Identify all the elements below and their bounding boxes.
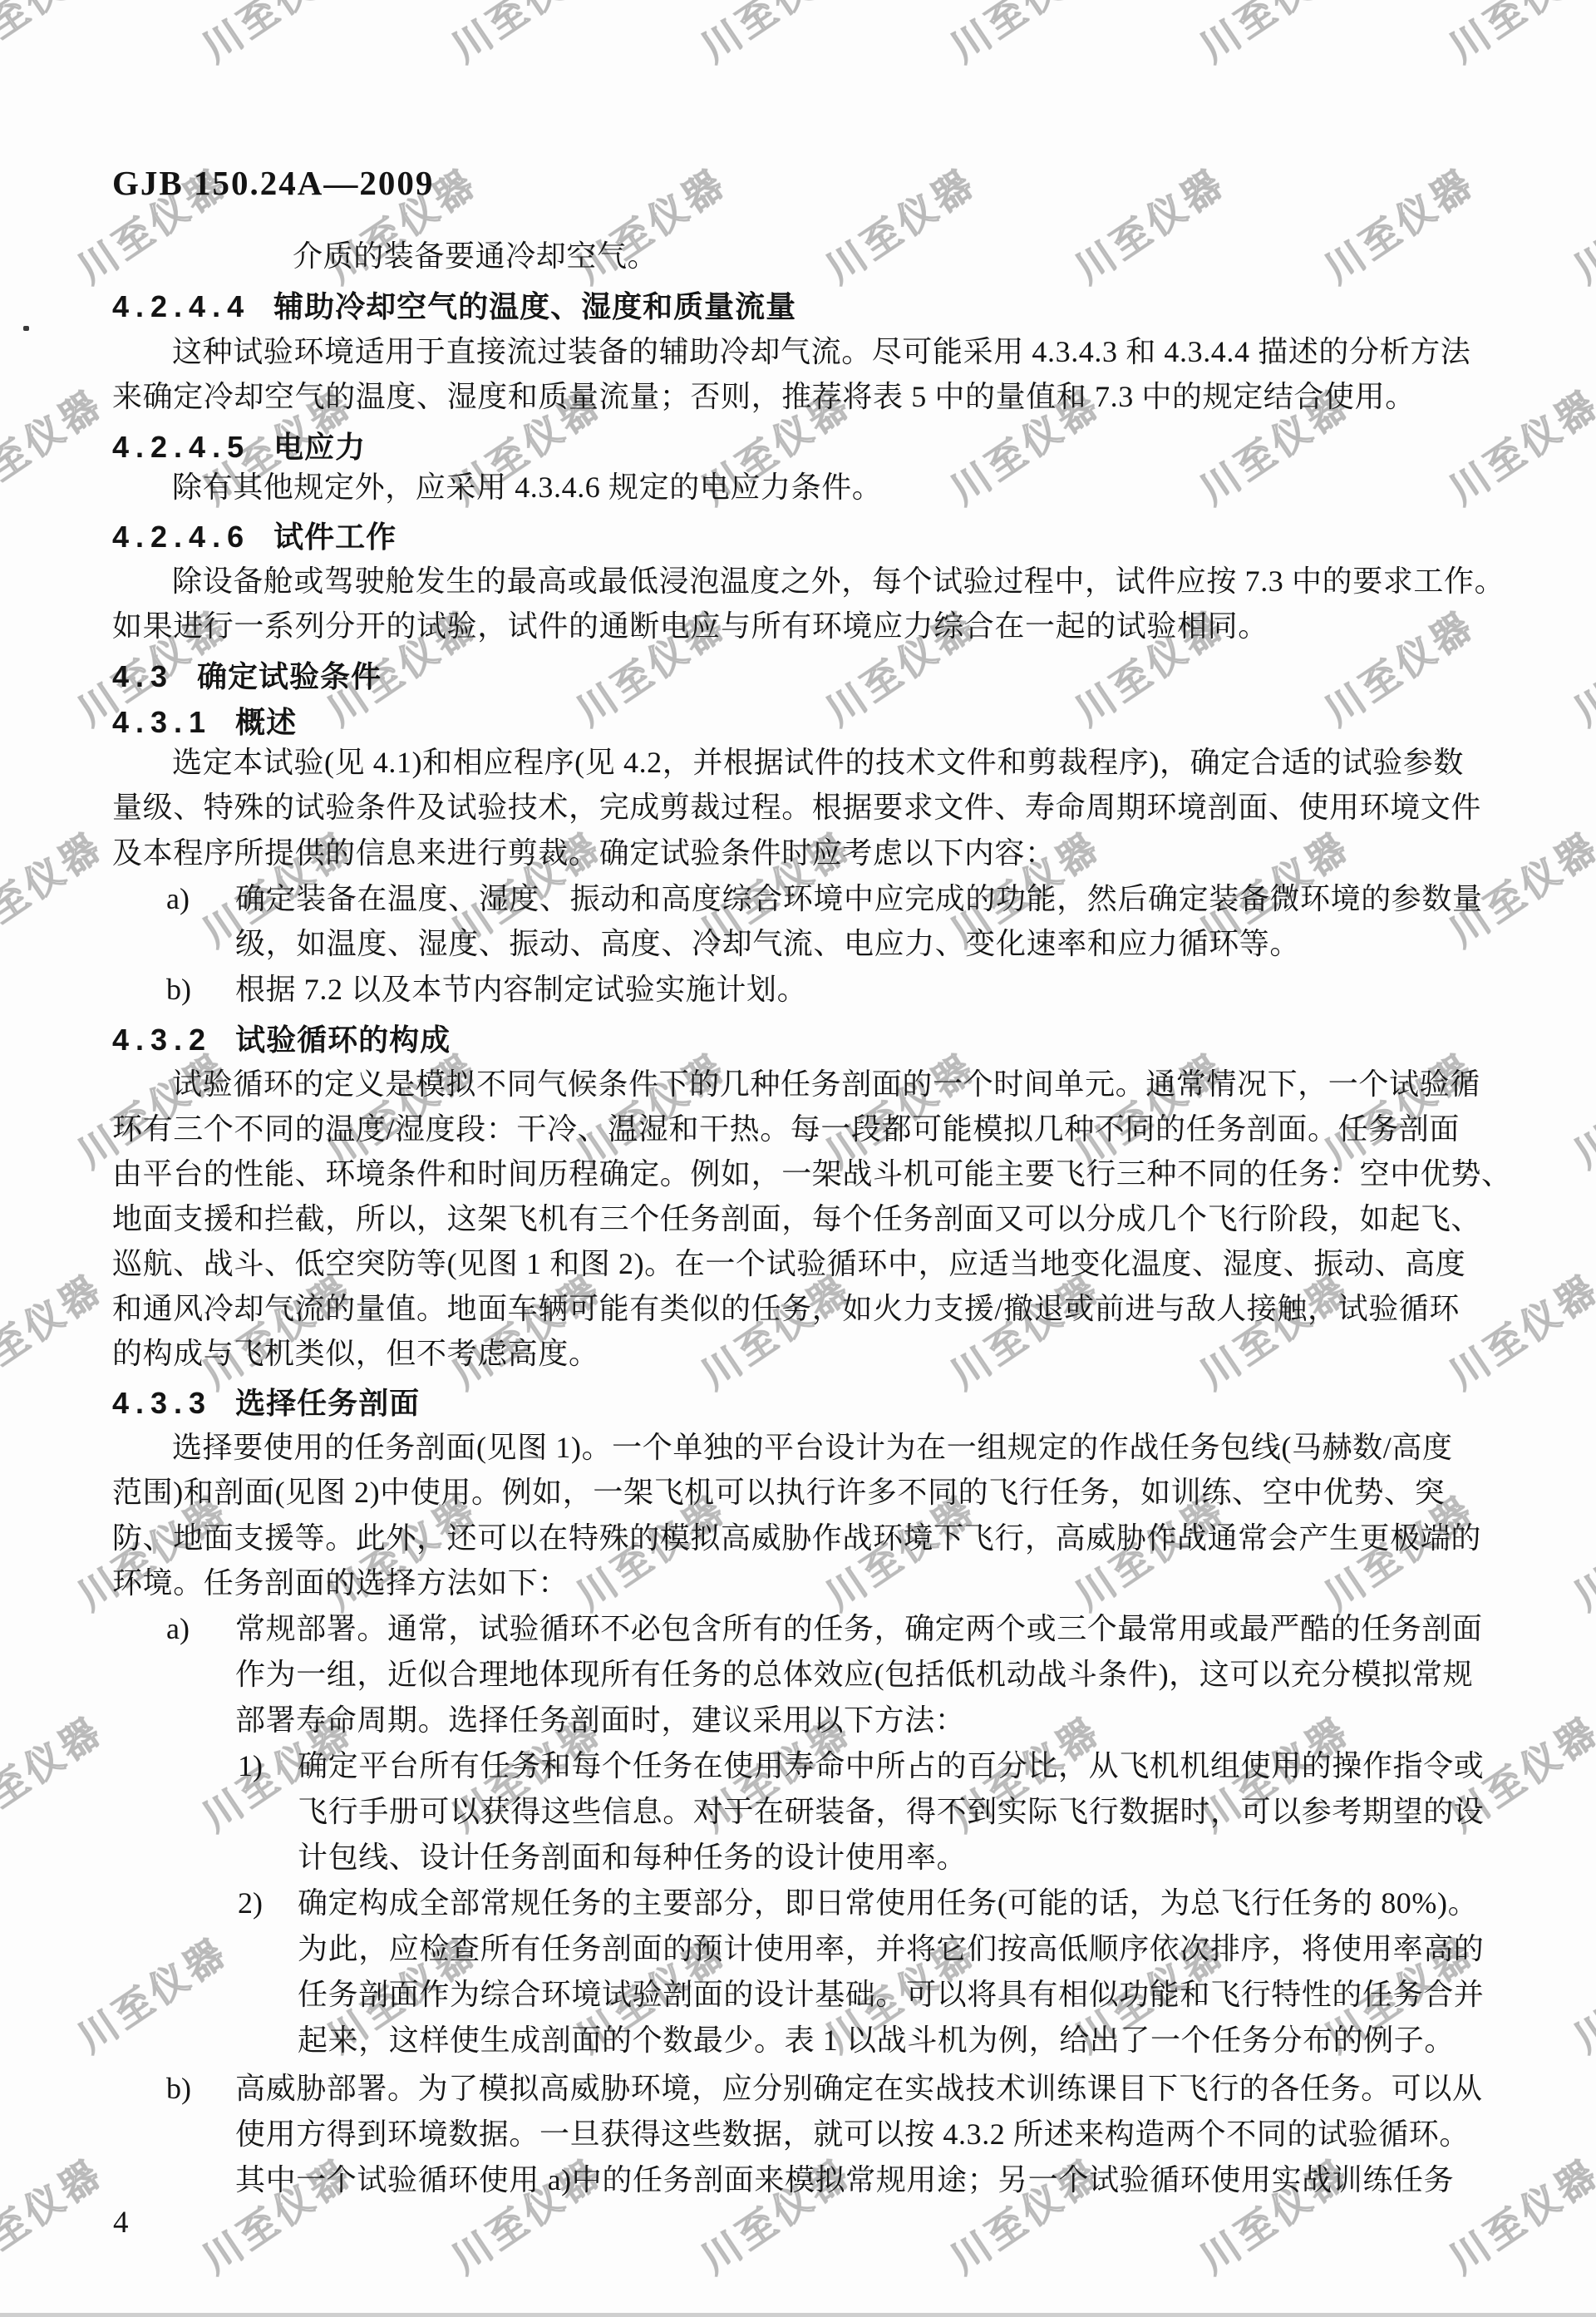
paragraph-line: 和通风冷却气流的量值。地面车辆可能有类似的任务，如火力支援/撤退或前进与敌人接触… [112,1292,1460,1326]
list-item-continuation: 使用方得到环境数据。一旦获得这些数据，就可以按 4.3.2 所述来构造两个不同的… [235,2117,1470,2152]
paragraph-line: 范围)和剖面(见图 2)中使用。例如，一架飞机可以执行许多不同的飞行任务，如训练… [112,1476,1445,1510]
section-title: 辅助冷却空气的温度、湿度和质量流量 [273,289,796,323]
paragraph-line: 巡航、战斗、低空突防等(见图 1 和图 2)。在一个试验循环中，应适当地变化温度… [112,1247,1465,1281]
list-item-2: 2)确定构成全部常规任务的主要部分，即日常使用任务(可能的话，为总飞行任务的 8… [238,1886,1478,1920]
list-text: 确定装备在温度、湿度、振动和高度综合环境中应完成的功能，然后确定装备微环境的参数… [235,882,1483,915]
list-item-continuation: 起来，这样使生成剖面的个数最少。表 1 以战斗机为例，给出了一个任务分布的例子。 [298,2024,1455,2058]
list-item-b: b)根据 7.2 以及本节内容制定试验实施计划。 [166,973,807,1007]
paragraph-line: 除设备舱或驾驶舱发生的最高或最低浸泡温度之外，每个试验过程中，试件应按 7.3 … [172,564,1505,599]
section-heading-4-3-3: 4.3.3选择任务剖面 [112,1386,420,1420]
list-text: 根据 7.2 以及本节内容制定试验实施计划。 [235,973,807,1006]
section-number: 4.3.3 [112,1386,212,1420]
list-item-b: b)高威胁部署。为了模拟高威胁环境，应分别确定在实战技术训练课目下飞行的各任务。… [166,2072,1483,2106]
paragraph-line: 及本程序所提供的信息来进行剪裁。确定试验条件时应考虑以下内容： [112,836,1056,870]
list-marker: 2) [238,1886,298,1920]
section-number: 4.3.2 [112,1023,212,1057]
list-marker: a) [166,1612,235,1646]
list-item-continuation: 计包线、设计任务剖面和每种任务的设计使用率。 [298,1841,967,1875]
list-item-continuation: 级，如温度、湿度、振动、高度、冷却气流、电应力、变化速率和应力循环等。 [235,927,1300,961]
list-marker: a) [166,882,235,916]
document-content: GJB 150.24A—2009 介质的装备要通冷却空气。 4.2.4.4辅助冷… [0,0,1596,2317]
list-item-continuation: 为此，应检查所有任务剖面的预计使用率，并将它们按高低顺序依次排序，将使用率高的 [298,1932,1484,1966]
list-text: 高威胁部署。为了模拟高威胁环境，应分别确定在实战技术训练课目下飞行的各任务。可以… [235,2072,1483,2105]
section-number: 4.3.1 [112,705,212,739]
paragraph-line: 选定本试验(见 4.1)和相应程序(见 4.2，并根据试件的技术文件和剪裁程序)… [172,746,1464,780]
section-number: 4.2.4.4 [112,289,250,323]
list-text: 常规部署。通常，试验循环不必包含所有的任务，确定两个或三个最常用或最严酷的任务剖… [235,1612,1483,1645]
section-heading-4-3-2: 4.3.2试验循环的构成 [112,1023,451,1057]
list-text: 确定构成全部常规任务的主要部分，即日常使用任务(可能的话，为总飞行任务的 80%… [298,1886,1478,1920]
section-heading-4-3: 4.3确定试验条件 [112,659,382,693]
list-item-a: a)确定装备在温度、湿度、振动和高度综合环境中应完成的功能，然后确定装备微环境的… [166,882,1483,916]
paragraph-line: 量级、特殊的试验条件及试验技术，完成剪裁过程。根据要求文件、寿命周期环境剖面、使… [112,791,1481,825]
list-marker: 1) [238,1749,298,1783]
section-title: 选择任务剖面 [235,1386,420,1420]
section-heading-4-2-4-5: 4.2.4.5电应力 [112,430,366,464]
paragraph-line: 由平台的性能、环境条件和时间历程确定。例如，一架战斗机可能主要飞行三种不同的任务… [112,1157,1512,1191]
paragraph-line: 选择要使用的任务剖面(见图 1)。一个单独的平台设计为在一组规定的作战任务包线(… [172,1431,1453,1465]
list-marker: b) [166,973,235,1007]
list-text: 确定平台所有任务和每个任务在使用寿命中所占的百分比，从飞机机组使用的操作指令或 [298,1749,1484,1782]
page-number: 4 [113,2205,129,2241]
list-item-continuation: 飞行手册可以获得这些信息。对于在研装备，得不到实际飞行数据时，可以参考期望的设 [298,1795,1484,1829]
paragraph-line: 的构成与飞机类似，但不考虑高度。 [112,1337,599,1371]
section-title: 电应力 [273,430,366,464]
section-title: 确定试验条件 [197,659,382,693]
section-number: 4.3 [112,659,174,693]
section-heading-4-2-4-4: 4.2.4.4辅助冷却空气的温度、湿度和质量流量 [112,289,796,323]
paragraph-line: 环有三个不同的温度/湿度段：干冷、温湿和干热。每一段都可能模拟几种不同的任务剖面… [112,1112,1460,1146]
list-marker: b) [166,2072,235,2106]
document-page: 川至仪器川至仪器川至仪器川至仪器川至仪器川至仪器川至仪器川至仪器川至仪器川至仪器… [0,0,1596,2317]
paragraph-line: 如果进行一系列分开的试验，试件的通断电应与所有环境应力综合在一起的试验相同。 [112,609,1268,643]
section-heading-4-3-1: 4.3.1概述 [112,705,297,739]
list-item-continuation: 任务剖面作为综合环境试验剖面的设计基础。可以将具有相似功能和飞行特性的任务合并 [298,1978,1484,2012]
scan-speck [23,326,29,331]
list-item-continuation: 作为一组，近似合理地体现所有任务的总体效应(包括低机动战斗条件)，这可以充分模拟… [235,1658,1473,1692]
list-item-continuation: 部署寿命周期。选择任务剖面时，建议采用以下方法： [235,1703,965,1738]
paragraph-line: 防、地面支援等。此外，还可以在特殊的模拟高威胁作战环境下飞行，高威胁作战通常会产… [112,1521,1481,1555]
section-title: 概述 [235,705,297,739]
section-number: 4.2.4.6 [112,520,250,554]
list-item-continuation: 其中一个试验循环使用 a)中的任务剖面来模拟常规用途；另一个试验循环使用实战训练… [235,2163,1454,2197]
section-title: 试件工作 [273,520,397,554]
section-heading-4-2-4-6: 4.2.4.6试件工作 [112,520,397,554]
list-item-a: a)常规部署。通常，试验循环不必包含所有的任务，确定两个或三个最常用或最严酷的任… [166,1612,1483,1646]
section-number: 4.2.4.5 [112,430,250,464]
standard-number-header: GJB 150.24A—2009 [112,163,434,203]
list-item-1: 1)确定平台所有任务和每个任务在使用寿命中所占的百分比，从飞机机组使用的操作指令… [238,1749,1484,1783]
paragraph-line: 环境。任务剖面的选择方法如下： [112,1566,569,1600]
paragraph-line: 来确定冷却空气的温度、湿度和质量流量；否则，推荐将表 5 中的量值和 7.3 中… [112,380,1416,414]
scan-edge-bottom [0,2313,1596,2317]
paragraph-line: 除有其他规定外，应采用 4.3.4.6 规定的电应力条件。 [172,471,882,505]
paragraph-line: 地面支援和拦截，所以，这架飞机有三个任务剖面，每个任务剖面又可以分成几个飞行阶段… [112,1202,1481,1236]
paragraph-line: 这种试验环境适用于直接流过装备的辅助冷却气流。尽可能采用 4.3.4.3 和 4… [172,335,1470,369]
paragraph-line: 试验循环的定义是模拟不同气候条件下的几种任务剖面的一个时间单元。通常情况下，一个… [172,1067,1480,1102]
section-title: 试验循环的构成 [235,1023,451,1057]
paragraph-line: 介质的装备要通冷却空气。 [293,239,658,274]
